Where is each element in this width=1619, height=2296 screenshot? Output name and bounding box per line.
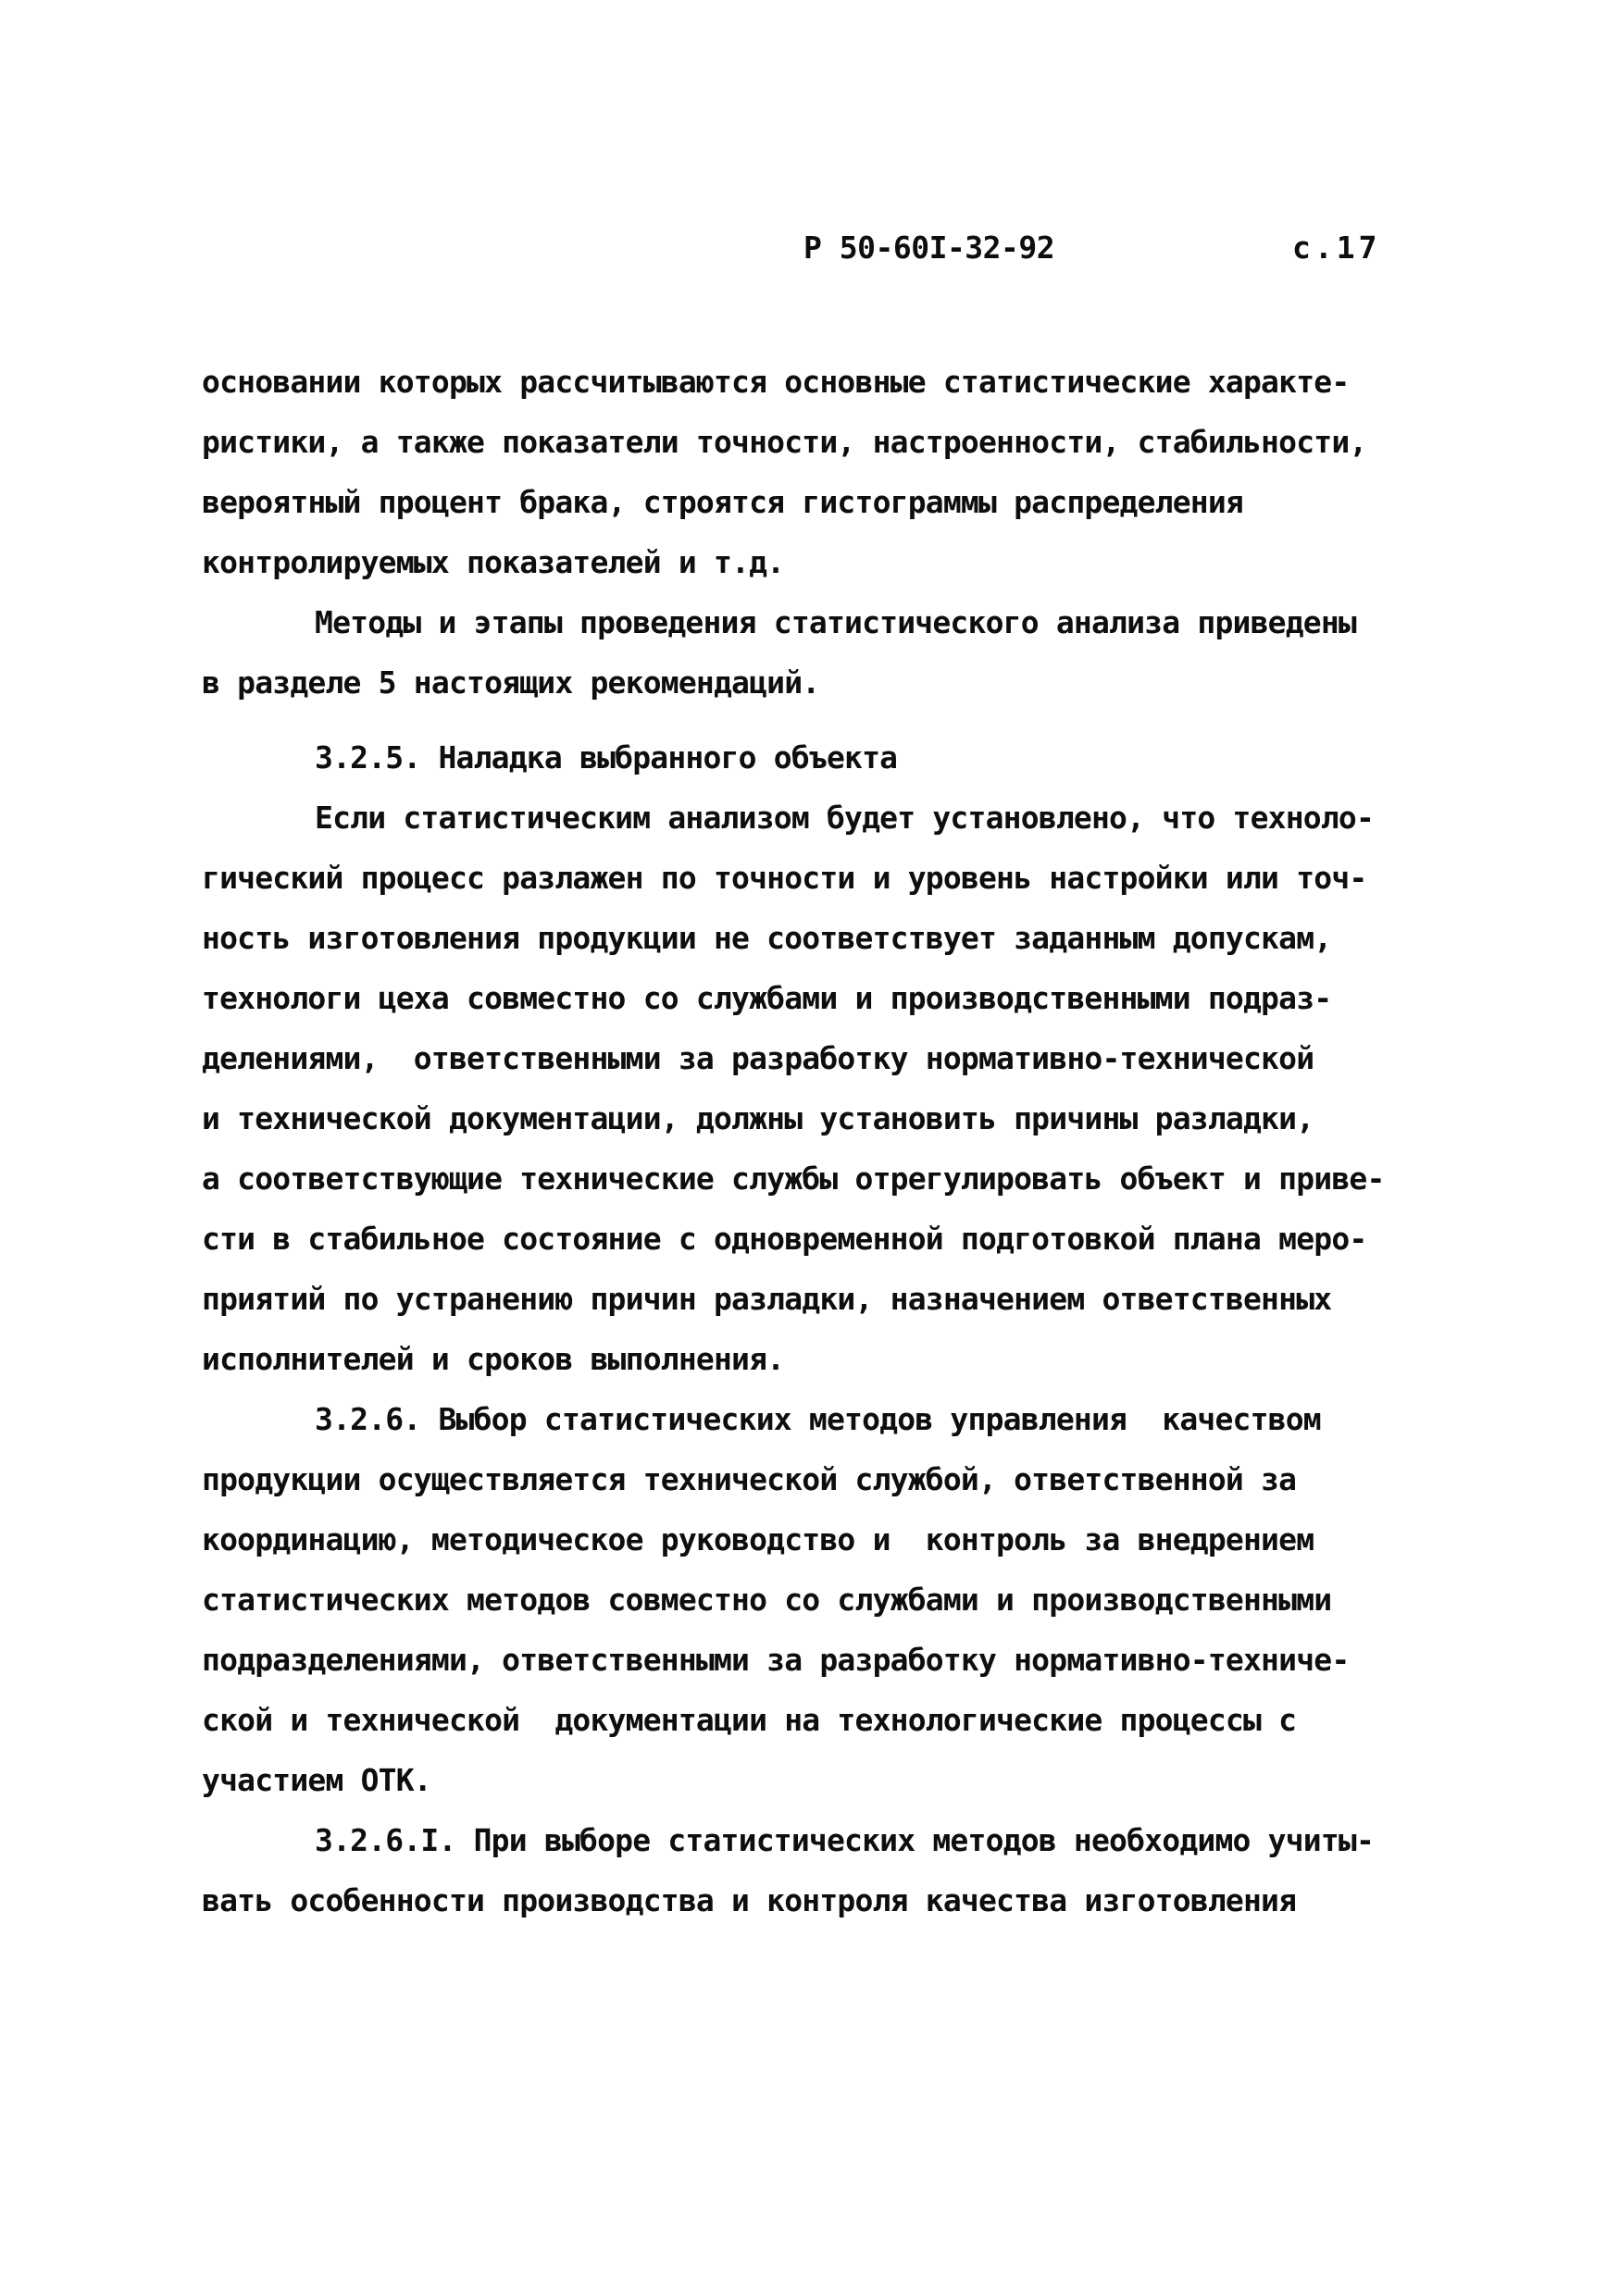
text-line: статистических методов совместно со служ… [202,1570,1396,1630]
text-line: ность изготовления продукции не соответс… [202,908,1396,968]
text-line: вероятный процент брака, строятся гистог… [202,472,1396,532]
text-line: в разделе 5 настоящих рекомендаций. [202,652,1396,713]
text-line: исполнителей и сроков выполнения. [202,1329,1396,1389]
page-number: с.17 [1292,230,1380,266]
text-line: координацию, методическое руководство и … [202,1509,1396,1570]
text-line: контролируемых показателей и т.д. [202,532,1396,592]
text-line: ской и технической документации на техно… [202,1690,1396,1750]
text-line: сти в стабильное состояние с одновременн… [202,1209,1396,1269]
text-line: технологи цеха совместно со службами и п… [202,968,1396,1028]
document-body: основании которых рассчитываются основны… [202,352,1396,1930]
text-line: а соответствующие технические службы отр… [202,1148,1396,1209]
text-line: гический процесс разлажен по точности и … [202,848,1396,908]
text-line: участием ОТК. [202,1750,1396,1810]
section-heading: 3.2.5. Наладка выбранного объекта [202,727,1396,788]
section-heading: 3.2.6.I. При выборе статистических метод… [202,1810,1396,1870]
text-line: основании которых рассчитываются основны… [202,352,1396,412]
text-line: делениями, ответственными за разработку … [202,1028,1396,1088]
page-header: Р 50-60I-32-92 с.17 [0,230,1619,276]
text-line: подразделениями, ответственными за разра… [202,1630,1396,1690]
text-line: приятий по устранению причин разладки, н… [202,1269,1396,1329]
text-line: продукции осуществляется технической слу… [202,1449,1396,1509]
text-line: и технической документации, должны устан… [202,1088,1396,1148]
text-line: Методы и этапы проведения статистическог… [202,592,1396,652]
text-line: вать особенности производства и контроля… [202,1870,1396,1930]
text-line: Если статистическим анализом будет устан… [202,788,1396,848]
section-heading: 3.2.6. Выбор статистических методов упра… [202,1389,1396,1449]
document-page: Р 50-60I-32-92 с.17 основании которых ра… [0,0,1619,2296]
text-line: ристики, а также показатели точности, на… [202,412,1396,472]
doc-code: Р 50-60I-32-92 [803,230,1054,266]
